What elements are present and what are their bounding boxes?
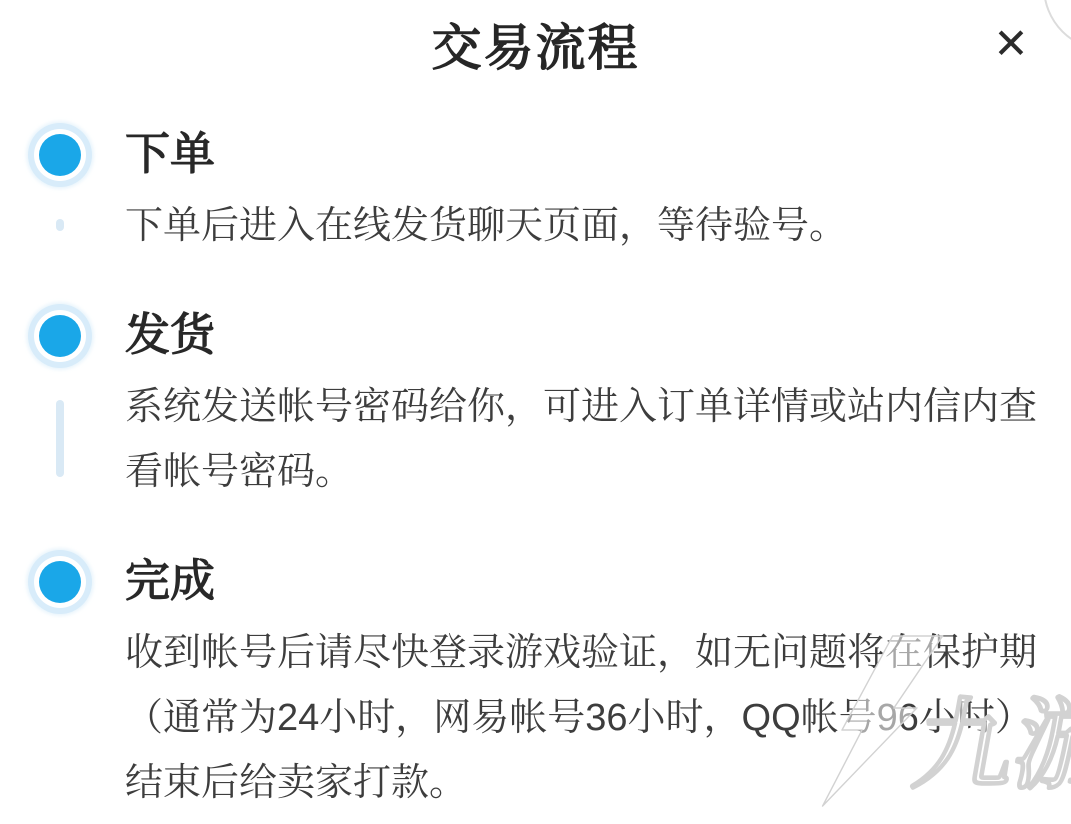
dialog-title: 交易流程 xyxy=(0,20,1071,76)
timeline-connector xyxy=(56,400,64,477)
transaction-process-dialog: 交易流程 ✕ 下单 下单后进入在线发货聊天页面，等待验号。 发货 系统发送帐号密… xyxy=(0,0,1071,824)
step-content: 完成 收到帐号后请尽快登录游戏验证，如无问题将在保护期（通常为24小时，网易帐号… xyxy=(125,551,1071,816)
close-icon[interactable]: ✕ xyxy=(981,14,1041,74)
step-bullet-icon xyxy=(39,315,81,357)
step-title: 发货 xyxy=(125,305,1043,365)
step-complete: 完成 收到帐号后请尽快登录游戏验证，如无问题将在保护期（通常为24小时，网易帐号… xyxy=(0,551,1071,816)
step-bullet-icon xyxy=(39,134,81,176)
step-description: 下单后进入在线发货聊天页面，等待验号。 xyxy=(125,194,1043,259)
step-content: 下单 下单后进入在线发货聊天页面，等待验号。 xyxy=(125,124,1071,259)
step-place-order: 下单 下单后进入在线发货聊天页面，等待验号。 xyxy=(0,124,1071,305)
step-description: 收到帐号后请尽快登录游戏验证，如无问题将在保护期（通常为24小时，网易帐号36小… xyxy=(125,621,1043,816)
step-deliver: 发货 系统发送帐号密码给你，可进入订单详情或站内信内查看帐号密码。 xyxy=(0,305,1071,551)
timeline-connector xyxy=(56,219,64,231)
timeline-rail xyxy=(0,305,125,505)
step-description: 系统发送帐号密码给你，可进入订单详情或站内信内查看帐号密码。 xyxy=(125,375,1043,505)
dialog-header: 交易流程 ✕ xyxy=(0,0,1071,78)
timeline-rail xyxy=(0,551,125,816)
steps-timeline: 下单 下单后进入在线发货聊天页面，等待验号。 发货 系统发送帐号密码给你，可进入… xyxy=(0,124,1071,816)
step-content: 发货 系统发送帐号密码给你，可进入订单详情或站内信内查看帐号密码。 xyxy=(125,305,1071,505)
step-title: 完成 xyxy=(125,551,1043,611)
step-bullet-icon xyxy=(39,561,81,603)
step-title: 下单 xyxy=(125,124,1043,184)
timeline-rail xyxy=(0,124,125,259)
